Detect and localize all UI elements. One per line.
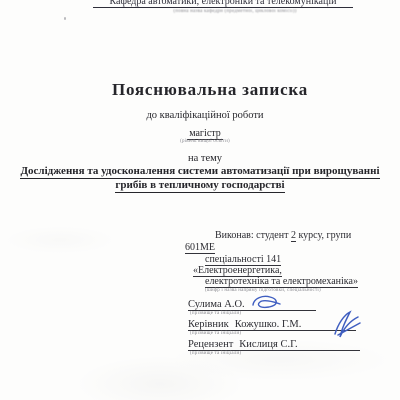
theme-title-line2: грибів в тепличному господарстві <box>0 179 400 191</box>
page-subtitle: до кваліфікаційної роботи <box>5 110 400 121</box>
reviewer-signature-row: РецензентКислиця С.Г. <box>188 339 360 351</box>
student-signature-row: Сулима А.О. <box>188 299 316 311</box>
page-title: Пояснювальна записка <box>10 80 400 100</box>
department-title: Кафедра автоматики, електроніки та телек… <box>93 0 353 8</box>
specialty-code: спеціальності 141 <box>205 254 281 265</box>
degree-level: магістр <box>5 128 400 139</box>
reviewer-role: Рецензент <box>188 339 233 350</box>
department-caption: (повна назва кафедри (предметної, циклов… <box>160 9 310 14</box>
supervisor-signature-row: КерівникКожушко. Г.М. <box>188 319 356 331</box>
supervisor-role: Керівник <box>188 319 229 330</box>
specialty-name-line2: електротехніка та електромеханіка» <box>205 276 358 287</box>
supervisor-signature-caption: (прізвище та ініціали) <box>190 331 241 336</box>
group-code: 601МЕ <box>185 242 215 253</box>
document-page: Кафедра автоматики, електроніки та телек… <box>0 0 400 400</box>
executor-line: Виконав: студент 2 курсу, групи <box>215 230 351 241</box>
scan-speck <box>64 17 66 20</box>
degree-caption: (рівень вищої освіти) <box>130 139 280 144</box>
student-signature-caption: (прізвище та ініціали) <box>190 311 241 316</box>
theme-title-line1: Дослідження та удосконалення системи авт… <box>0 165 400 177</box>
specialty-name-line1: «Електроенергетика, <box>193 265 282 276</box>
reviewer-name: Кислиця С.Г. <box>239 339 297 350</box>
theme-label: на тему <box>5 153 400 164</box>
specialty-caption: (шифр і назва напряму підготовки, спеціа… <box>205 288 321 293</box>
student-name: Сулима А.О. <box>188 299 245 310</box>
supervisor-name: Кожушко. Г.М. <box>235 319 302 330</box>
reviewer-signature-caption: (прізвище та ініціали) <box>190 351 241 356</box>
